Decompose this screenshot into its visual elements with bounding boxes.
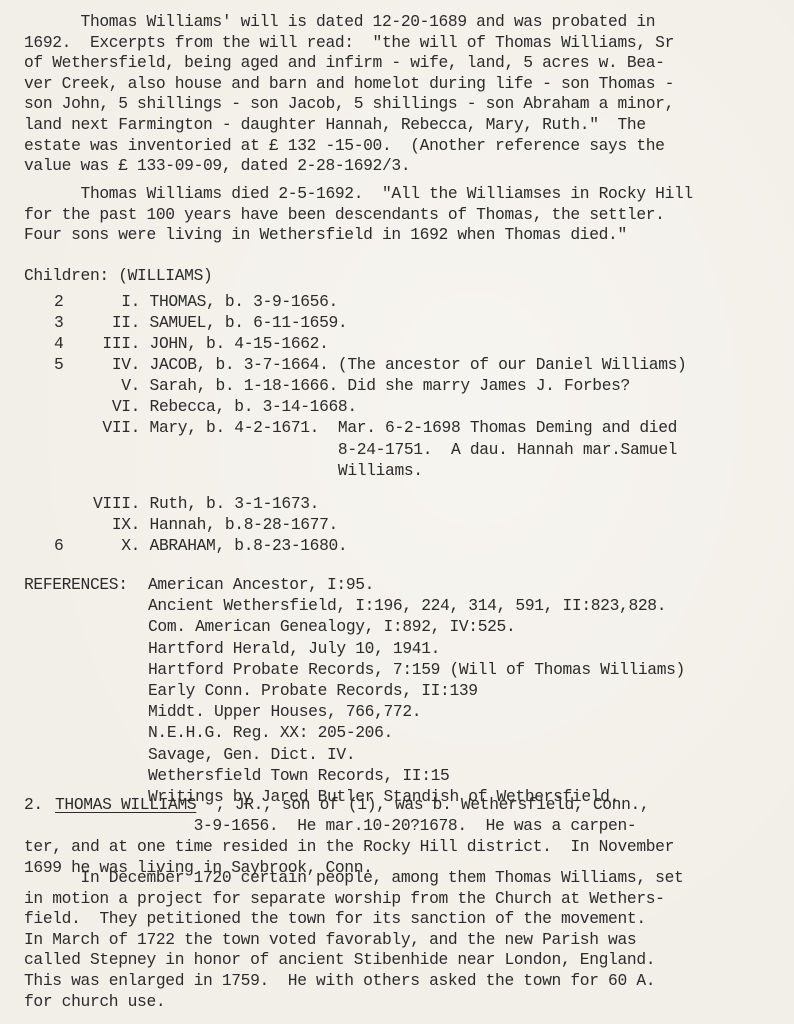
church-paragraph-line: for church use.: [24, 992, 165, 1011]
death-paragraph-line: Four sons were living in Wethersfield in…: [24, 225, 627, 244]
reference-item: N.E.H.G. Reg. XX: 205-206.: [148, 723, 393, 742]
reference-item: Wethersfield Town Records, II:15: [148, 766, 449, 785]
child-entry: VII. Mary, b. 4-2-1671. Mar. 6-2-1698 Th…: [93, 418, 677, 437]
child-entry: Williams.: [93, 461, 423, 480]
children-heading: Children: (WILLIAMS): [24, 266, 212, 285]
will-paragraph-line: 1692. Excerpts from the will read: "the …: [24, 33, 674, 52]
death-paragraph-line: Thomas Williams died 2-5-1692. "All the …: [24, 184, 693, 203]
child-entry: IX. Hannah, b.8-28-1677.: [93, 515, 338, 534]
church-paragraph-line: field. They petitioned the town for its …: [24, 909, 646, 928]
child-reference-number: 2: [54, 292, 63, 311]
reference-item: Hartford Herald, July 10, 1941.: [148, 639, 440, 658]
reference-item: Hartford Probate Records, 7:159 (Will of…: [148, 660, 685, 679]
child-entry: III. JOHN, b. 4-15-1662.: [93, 334, 329, 353]
will-paragraph-line: son John, 5 shillings - son Jacob, 5 shi…: [24, 94, 674, 113]
child-entry: X. ABRAHAM, b.8-23-1680.: [93, 536, 347, 555]
child-entry: 8-24-1751. A dau. Hannah mar.Samuel: [93, 440, 677, 459]
will-paragraph-line: Thomas Williams' will is dated 12-20-168…: [24, 12, 655, 31]
death-paragraph-line: for the past 100 years have been descend…: [24, 205, 665, 224]
references-label: REFERENCES:: [24, 575, 128, 594]
child-reference-number: 5: [54, 355, 63, 374]
church-paragraph-line: This was enlarged in 1759. He with other…: [24, 971, 655, 990]
reference-item: Early Conn. Probate Records, II:139: [148, 681, 478, 700]
will-paragraph-line: value was £ 133-09-09, dated 2-28-1692/3…: [24, 156, 410, 175]
child-entry: I. THOMAS, b. 3-9-1656.: [93, 292, 338, 311]
child-reference-number: 3: [54, 313, 63, 332]
reference-item: American Ancestor, I:95.: [148, 575, 374, 594]
church-paragraph-line: In March of 1722 the town voted favorabl…: [24, 930, 636, 949]
child-reference-number: 6: [54, 536, 63, 555]
reference-item: Ancient Wethersfield, I:196, 224, 314, 5…: [148, 596, 666, 615]
entry-line: 3-9-1656. He mar.10-20?1678. He was a ca…: [24, 816, 636, 835]
will-paragraph-line: land next Farmington - daughter Hannah, …: [24, 115, 646, 134]
reference-item: Savage, Gen. Dict. IV.: [148, 745, 355, 764]
will-paragraph-line: of Wethersfield, being aged and infirm -…: [24, 53, 665, 72]
church-paragraph-line: In December 1720 certain people, among t…: [24, 868, 683, 887]
entry-number: 2.: [24, 795, 52, 814]
church-paragraph-line: called Stepney in honor of ancient Stibe…: [24, 950, 655, 969]
reference-item: Middt. Upper Houses, 766,772.: [148, 702, 421, 721]
child-entry: VIII. Ruth, b. 3-1-1673.: [93, 494, 319, 513]
child-entry: II. SAMUEL, b. 6-11-1659.: [93, 313, 347, 332]
child-entry: IV. JACOB, b. 3-7-1664. (The ancestor of…: [93, 355, 686, 374]
entry-name: THOMAS WILLIAMS: [55, 795, 196, 814]
reference-item: Com. American Genealogy, I:892, IV:525.: [148, 617, 515, 636]
child-reference-number: 4: [54, 334, 63, 353]
child-entry: V. Sarah, b. 1-18-1666. Did she marry Ja…: [93, 376, 630, 395]
child-entry: VI. Rebecca, b. 3-14-1668.: [93, 397, 357, 416]
entry-line: ter, and at one time resided in the Rock…: [24, 837, 674, 856]
entry-line: , JR., son of (1), was b. Wethersfield, …: [216, 795, 649, 814]
church-paragraph-line: in motion a project for separate worship…: [24, 889, 665, 908]
will-paragraph-line: estate was inventoried at £ 132 -15-00. …: [24, 136, 665, 155]
will-paragraph-line: ver Creek, also house and barn and homel…: [24, 74, 674, 93]
typewritten-page: Thomas Williams' will is dated 12-20-168…: [0, 0, 794, 1024]
